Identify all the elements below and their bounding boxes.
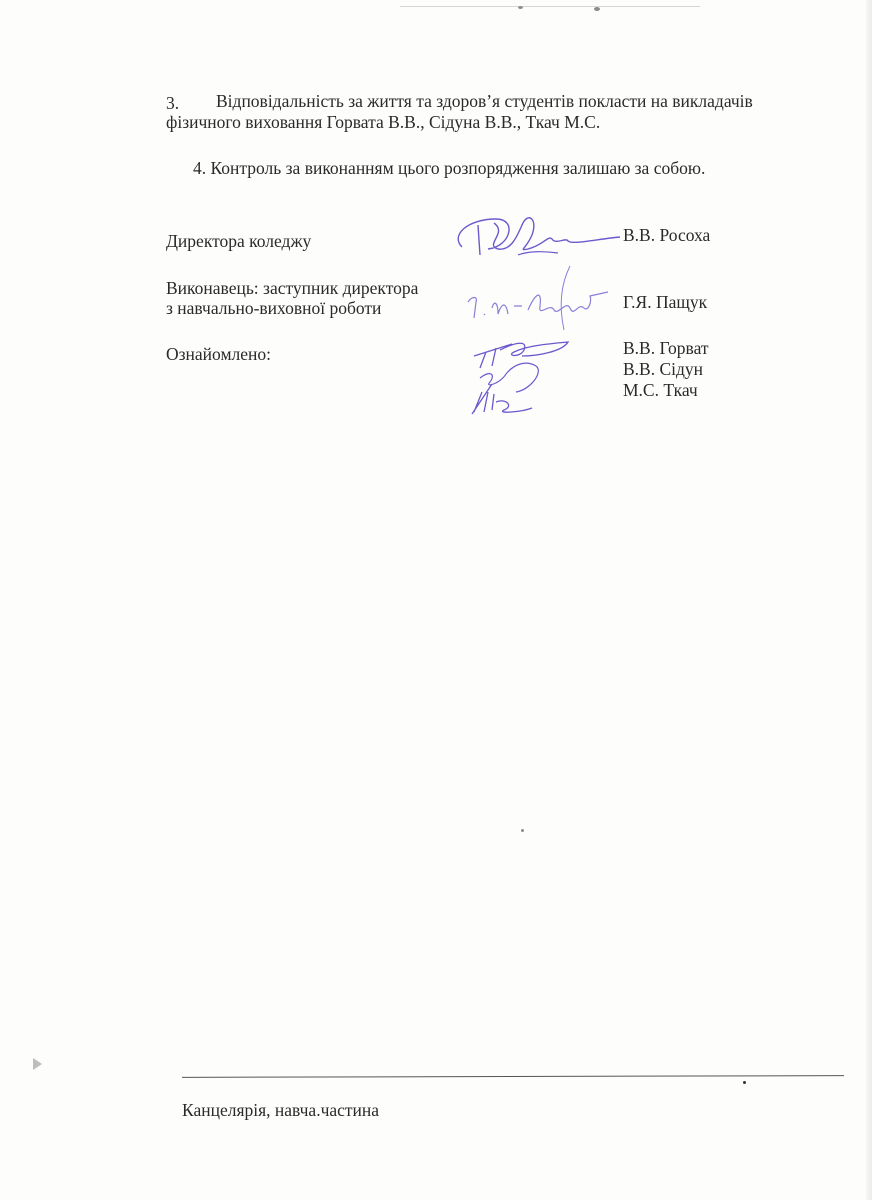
executor-name: Г.Я. Пащук xyxy=(623,292,707,312)
scan-edge-mark xyxy=(33,1058,42,1070)
acknowledged-name-2: В.В. Сідун xyxy=(623,359,703,379)
acknowledged-label: Ознайомлено: xyxy=(166,344,271,364)
footer-divider xyxy=(182,1075,844,1078)
scan-speck xyxy=(743,1081,746,1084)
executor-role-line-1: Виконавець: заступник директора xyxy=(166,278,418,298)
acknowledged-name-3: М.С. Ткач xyxy=(623,380,698,400)
executor-role-line-2: з навчально-виховної роботи xyxy=(166,298,381,318)
scan-speck xyxy=(594,7,600,11)
scan-speck xyxy=(518,6,523,9)
item-3-line-2: фізичного виховання Горвата В.В., Сідуна… xyxy=(166,112,600,132)
distribution-list: Канцелярія, навча.частина xyxy=(182,1100,379,1120)
item-3-number: 3. xyxy=(166,93,179,114)
page-edge xyxy=(866,0,872,1200)
executor-signature xyxy=(458,262,618,332)
director-signature xyxy=(448,205,623,265)
scan-speck xyxy=(521,829,524,832)
director-role: Директора коледжу xyxy=(166,231,311,251)
acknowledged-name-1: В.В. Горват xyxy=(623,338,709,358)
scan-artifact-line xyxy=(400,6,700,7)
director-name: В.В. Росоха xyxy=(623,225,710,245)
item-3-line-1: Відповідальність за життя та здоров’я ст… xyxy=(216,91,753,111)
item-4-text: 4. Контроль за виконанням цього розпоряд… xyxy=(193,158,705,178)
acknowledged-signatures xyxy=(466,334,576,416)
